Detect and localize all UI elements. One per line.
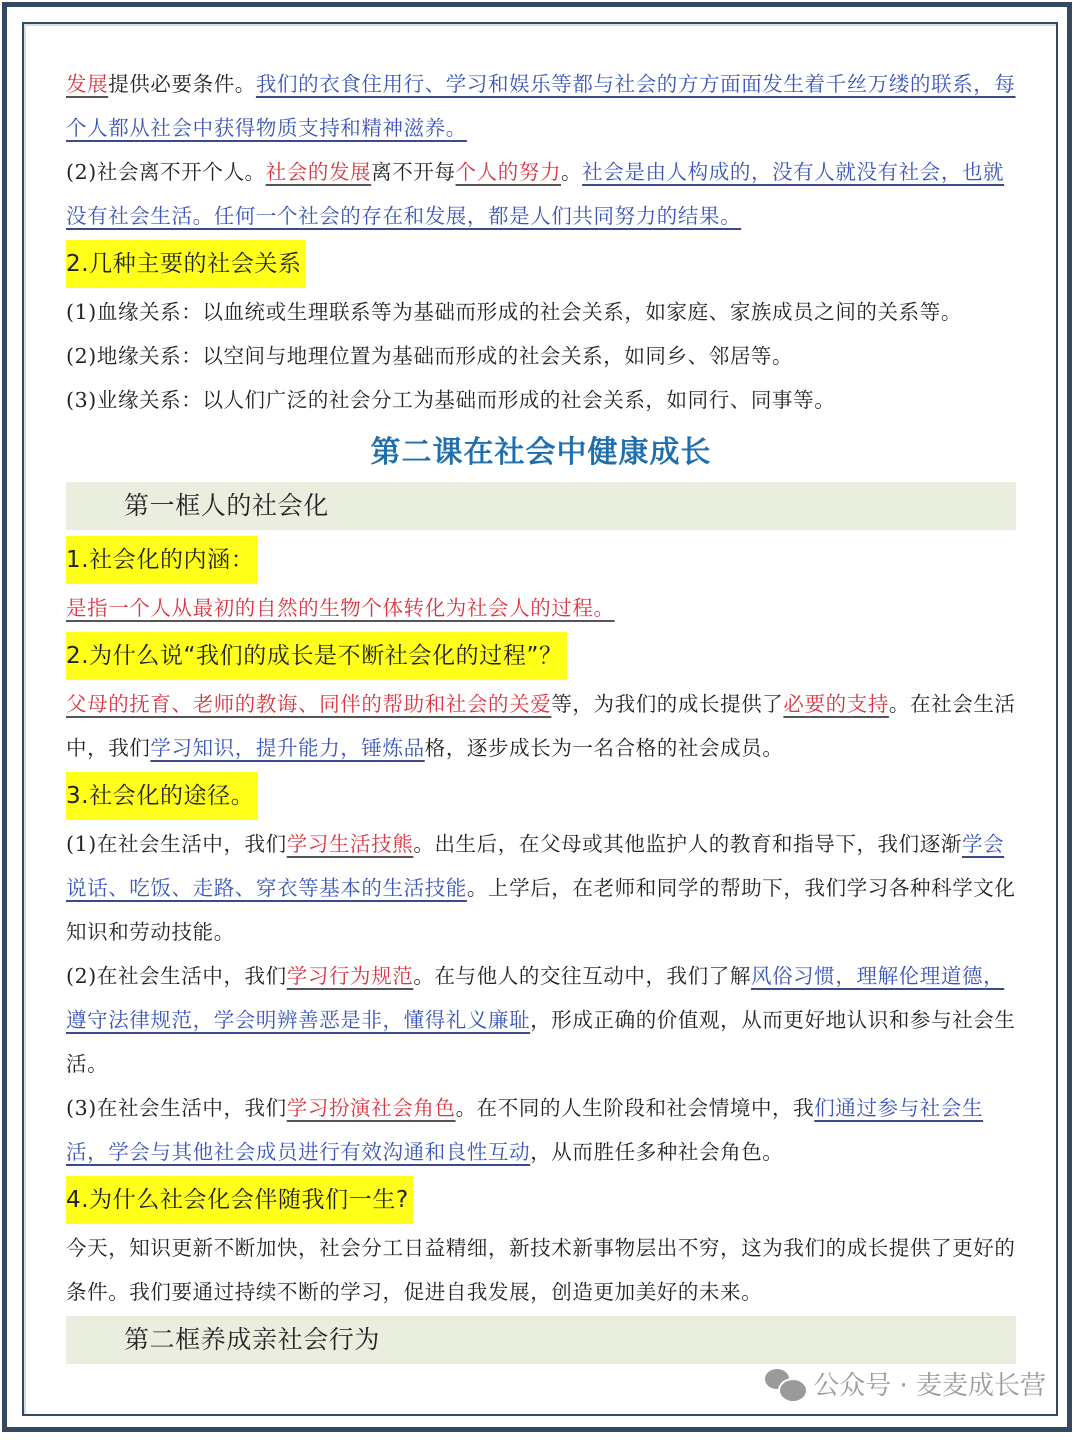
path-item-3: (3)在社会生活中，我们学习扮演社会角色。在不同的人生阶段和社会情境中，我们通过… <box>66 1086 1016 1174</box>
answer-4: 今天，知识更新不断加快，社会分工日益精细，新技术新事物层出不穷，这为我们的成长提… <box>66 1226 1016 1314</box>
key-phrase-red: 学习扮演社会角色 <box>287 1096 456 1120</box>
text: 。在与他人的交往互动中，我们了解 <box>413 964 751 988</box>
key-term-red: 社会的发展 <box>266 160 372 184</box>
question-heading-3: 3.社会化的途径。 <box>66 772 258 820</box>
text: 格，逐步成长为一名合格的社会成员。 <box>425 736 784 760</box>
section-heading-social-relations: 2.几种主要的社会关系 <box>66 240 306 288</box>
answer-1: 是指一个人从最初的自然的生物个体转化为社会人的过程。 <box>66 586 1016 630</box>
key-term-red: 发展 <box>66 72 108 96</box>
key-phrase-blue: 学习知识，提升能力，锤炼品 <box>150 736 424 760</box>
key-phrase-red: 学习行为规范 <box>287 964 414 988</box>
text: 离不开每 <box>371 160 455 184</box>
text: (2)在社会生活中，我们 <box>66 964 287 988</box>
relation-item: (2)地缘关系：以空间与地理位置为基础而形成的社会关系，如同乡、邻居等。 <box>66 334 1016 378</box>
document-content: 发展提供必要条件。我们的衣食住用行、学习和娱乐等都与社会的方方面面发生着千丝万缕… <box>66 62 1016 1368</box>
text: 。出生后，在父母或其他监护人的教育和指导下，我们逐渐 <box>413 832 962 856</box>
text: 等，为我们的成长提供了 <box>551 692 783 716</box>
frame-title-1: 第一框人的社会化 <box>66 482 1016 530</box>
key-phrase-red: 父母的抚育、老师的教诲、同伴的帮助和社会的关爱 <box>66 692 551 716</box>
key-term-red: 个人的努力 <box>456 160 562 184</box>
key-phrase-red: 必要的支持 <box>783 692 889 716</box>
watermark-text: 公众号 · 麦麦成长营 <box>813 1365 1046 1402</box>
path-item-1: (1)在社会生活中，我们学习生活技熊。出生后，在父母或其他监护人的教育和指导下，… <box>66 822 1016 954</box>
answer-2: 父母的抚育、老师的教诲、同伴的帮助和社会的关爱等，为我们的成长提供了必要的支持。… <box>66 682 1016 770</box>
text: ，从而胜任多种社会角色。 <box>530 1140 783 1164</box>
relation-item: (1)血缘关系：以血统或生理联系等为基础而形成的社会关系，如家庭、家族成员之间的… <box>66 290 1016 334</box>
text: 提供必要条件。 <box>108 72 256 96</box>
question-heading-4: 4.为什么社会化会伴随我们一生? <box>66 1176 413 1224</box>
path-item-2: (2)在社会生活中，我们学习行为规范。在与他人的交往互动中，我们了解风俗习惯，理… <box>66 954 1016 1086</box>
relation-item: (3)业缘关系：以人们广泛的社会分工为基础而形成的社会关系，如同行、同事等。 <box>66 378 1016 422</box>
text: 。在不同的人生阶段和社会情境中，我 <box>456 1096 815 1120</box>
paragraph-individual-needs-society: 发展提供必要条件。我们的衣食住用行、学习和娱乐等都与社会的方方面面发生着千丝万缕… <box>66 62 1016 150</box>
question-heading-1: 1.社会化的内涵： <box>66 536 258 584</box>
paragraph-society-needs-individual: (2)社会离不开个人。社会的发展离不开每个人的努力。社会是由人构成的，没有人就没… <box>66 150 1016 238</box>
question-heading-2: 2.为什么说“我们的成长是不断社会化的过程”？ <box>66 632 567 680</box>
text: (1)在社会生活中，我们 <box>66 832 287 856</box>
wechat-icon <box>765 1369 805 1399</box>
lesson-title: 第二课在社会中健康成长 <box>66 426 1016 480</box>
text: 。 <box>561 160 582 184</box>
key-phrase-red: 学习生活技熊 <box>287 832 414 856</box>
text: (2)社会离不开个人。 <box>66 160 266 184</box>
frame-title-2: 第二框养成亲社会行为 <box>66 1316 1016 1364</box>
watermark: 公众号 · 麦麦成长营 <box>765 1365 1046 1402</box>
text: (3)在社会生活中，我们 <box>66 1096 287 1120</box>
key-phrase-red: 是指一个人从最初的自然的生物个体转化为社会人的过程。 <box>66 596 615 620</box>
